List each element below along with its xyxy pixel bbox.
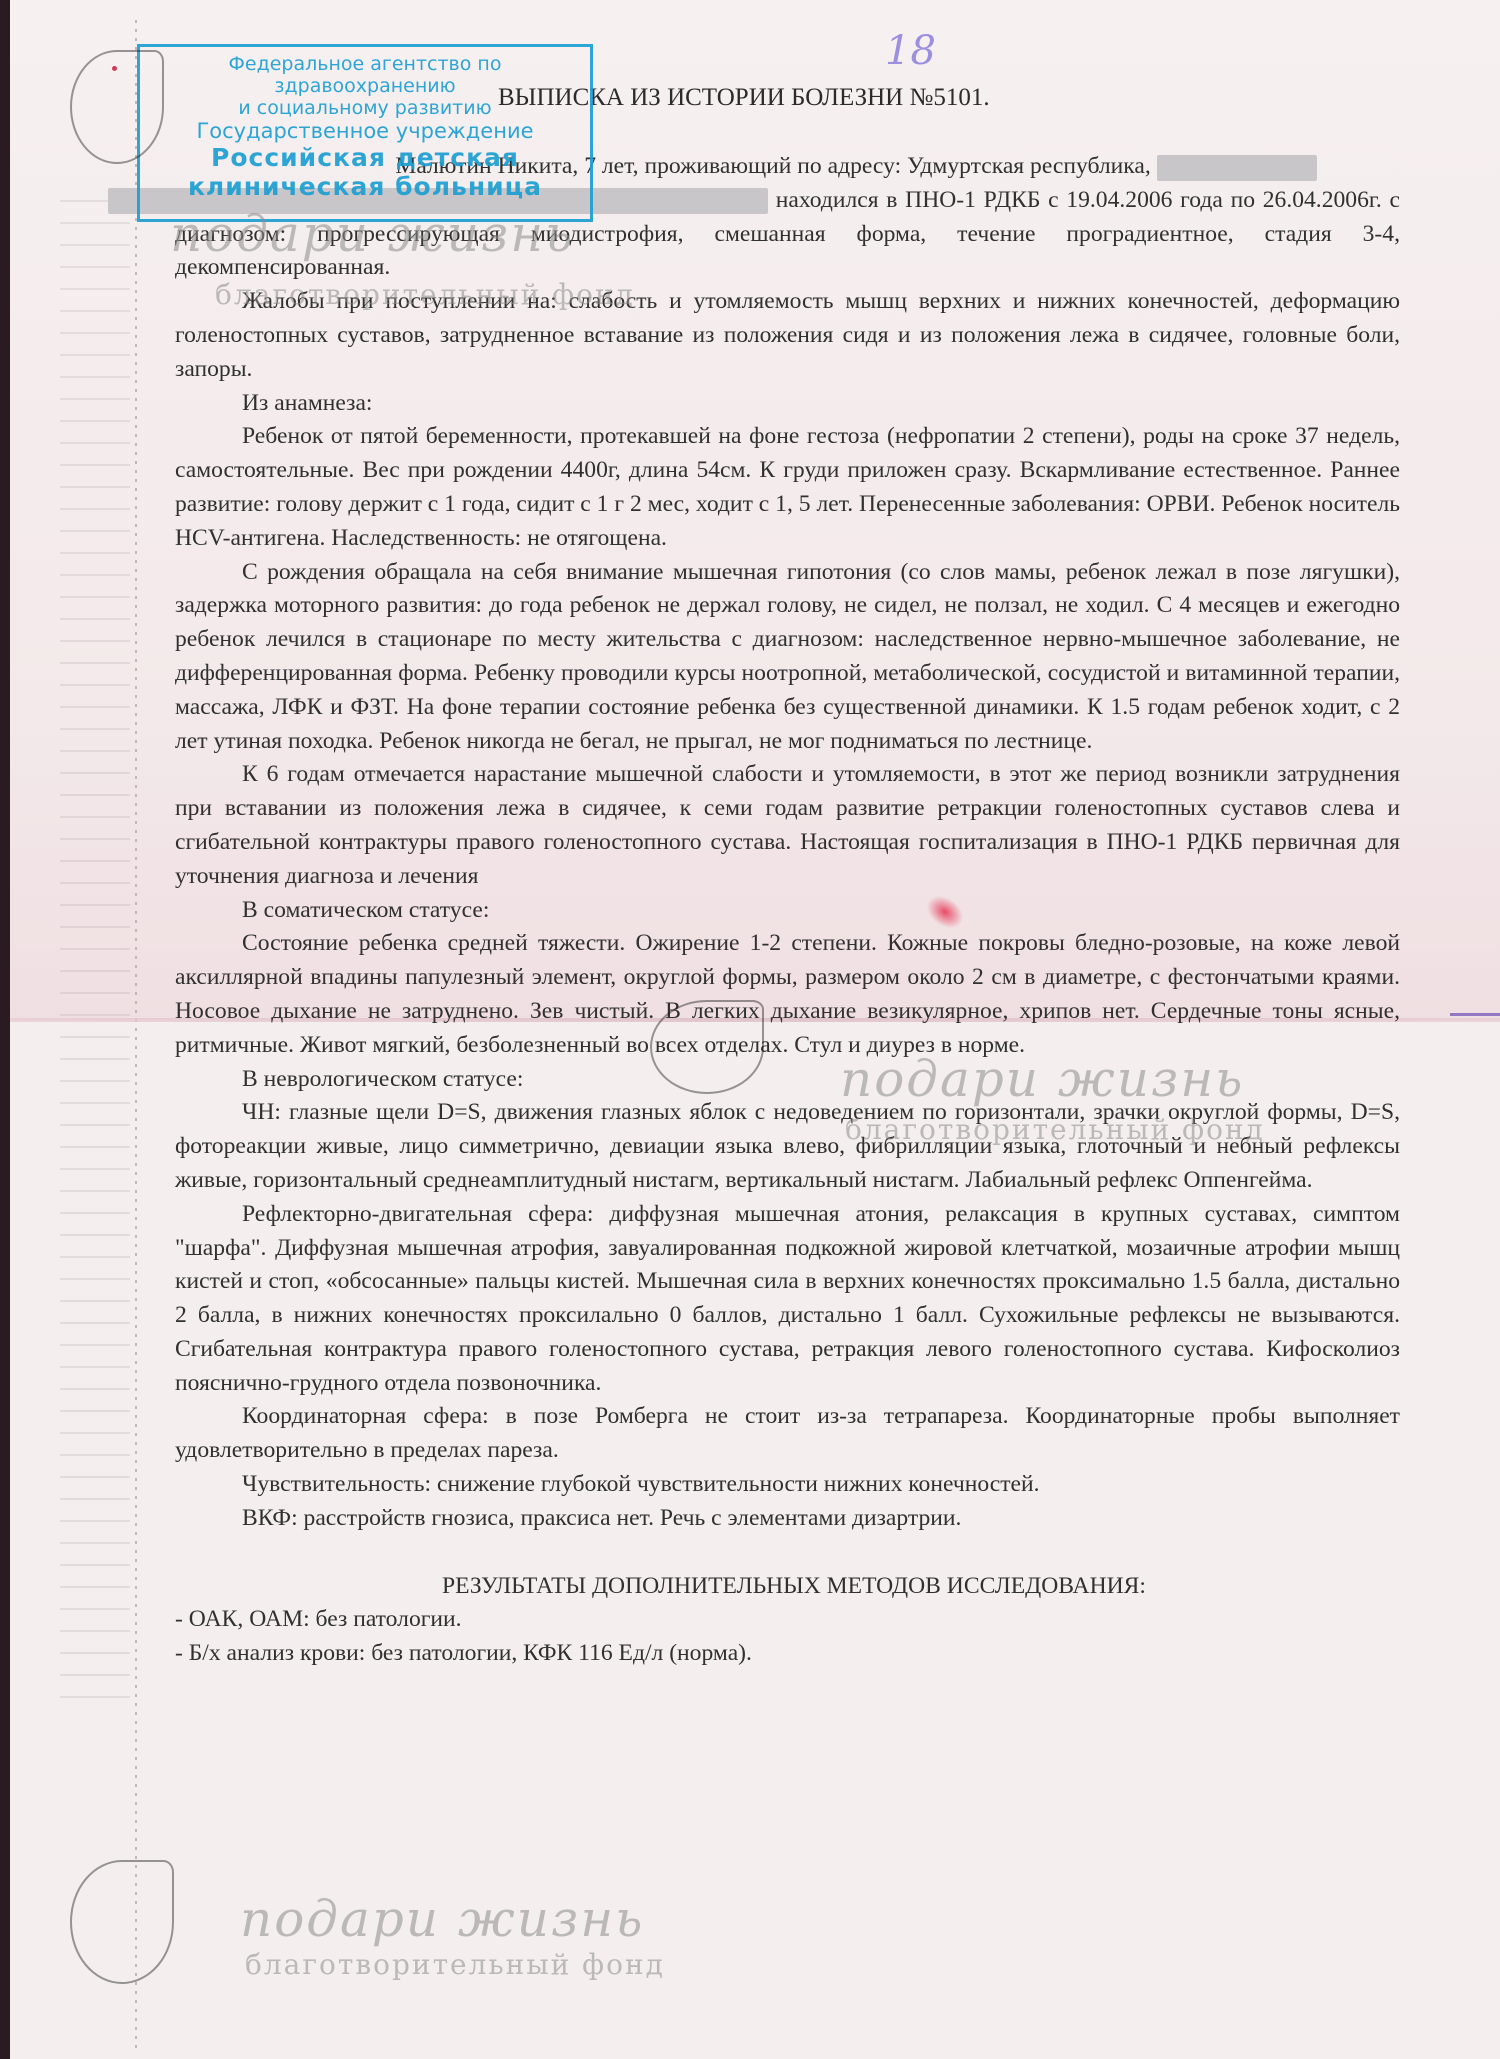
stamp-line-hospital-2: клиническая больница [140,172,590,201]
redacted-address [1157,155,1317,181]
somatic-paragraph: Состояние ребенка средней тяжести. Ожире… [175,927,1400,1062]
stamp-line-agency: Федеральное агентство по здравоохранению [140,53,590,97]
perforation-line [135,20,137,2050]
cranial-nerves-paragraph: ЧН: глазные щели D=S, движения глазных я… [175,1096,1400,1197]
fund-logo-mark [650,1000,764,1094]
neuro-heading: В неврологическом статусе: [175,1063,1400,1097]
coordination-paragraph: Координаторная сфера: в позе Ромберга не… [175,1400,1400,1468]
margin-print-marks [60,200,130,1700]
hmf-paragraph: ВКФ: расстройств гнозиса, праксиса нет. … [175,1502,1400,1536]
stamp-line-agency-2: и социальному развитию [140,97,590,119]
document-page: Федеральное агентство по здравоохранению… [10,0,1500,2059]
hospital-stamp: Федеральное агентство по здравоохранению… [137,44,593,222]
anamnesis-paragraph-2: С рождения обращала на себя внимание мыш… [175,556,1400,759]
fund-logo-mark [70,50,164,164]
complaints-paragraph: Жалобы при поступлении на: слабость и ут… [175,285,1400,386]
document-body: _____________Малютин Никита, 7 лет, прож… [175,150,1400,1671]
motor-paragraph: Рефлекторно-двигательная сфера: диффузна… [175,1198,1400,1401]
somatic-heading: В соматическом статусе: [175,894,1400,928]
pen-mark [1450,1013,1500,1016]
anamnesis-paragraph-1: Ребенок от пятой беременности, протекавш… [175,420,1400,555]
stamp-line-institution: Государственное учреждение [140,119,590,143]
anamnesis-paragraph-3: К 6 годам отмечается нарастание мышечной… [175,758,1400,893]
anamnesis-heading: Из анамнеза: [175,387,1400,421]
sensitivity-paragraph: Чувствительность: снижение глубокой чувс… [175,1468,1400,1502]
watermark-subtitle: благотворительный фонд [245,1948,665,1981]
result-item: - Б/х анализ крови: без патологии, КФК 1… [175,1637,1400,1671]
fund-logo-mark [70,1860,174,1984]
watermark-name: подари жизнь [240,1890,644,1948]
stamp-line-hospital: Российская детская [140,143,590,172]
results-heading: РЕЗУЛЬТАТЫ ДОПОЛНИТЕЛЬНЫХ МЕТОДОВ ИССЛЕД… [175,1570,1400,1604]
handwritten-page-number: 18 [885,28,936,74]
result-item: - ОАК, ОАМ: без патологии. [175,1603,1400,1637]
